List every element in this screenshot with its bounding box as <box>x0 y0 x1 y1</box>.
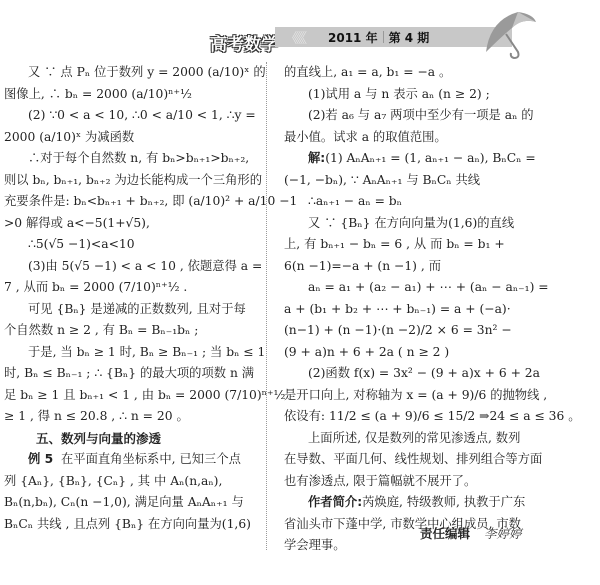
text-line: (3)由 5(√5 −1) < a < 10 , 依题意得 a = <box>4 256 256 278</box>
text-line: 又 ∵ 点 Pₙ 位于数列 y = 2000 (a/10)ˣ 的 <box>4 62 256 84</box>
right-column: 的直线上, a₁ = a, b₁ = −a 。 (1)试用 a 与 n 表示 a… <box>284 62 554 557</box>
text-line: 充要条件是: bₙ<bₙ₊₁ + bₙ₊₂, 即 (a/10)² + a/10 … <box>4 191 256 213</box>
responsible-editor: 责任编辑李婷婷 <box>420 524 522 542</box>
text-line: ∴对于每个自然数 n, 有 bₙ>bₙ₊₁>bₙ₊₂, <box>4 148 256 170</box>
text-line: ∴5(√5 −1)<a<10 <box>4 234 256 256</box>
text-line: 于是, 当 bₙ ≥ 1 时, Bₙ ≥ Bₙ₋₁ ; 当 bₙ ≤ 1 <box>4 342 256 364</box>
text-line: 是开口向上, 对称轴为 x = (a + 9)/6 的抛物线 , <box>284 385 554 407</box>
editor-name: 李婷婷 <box>484 526 522 541</box>
text-line: (2)若 a₆ 与 a₇ 两项中至少有一项是 aₙ 的 <box>284 105 554 127</box>
chevron-decoration-icon: 《《《 <box>285 28 304 48</box>
solution-line: 解:(1) AₙAₙ₊₁ = (1, aₙ₊₁ − aₙ), BₙCₙ = <box>284 148 554 170</box>
text-line: 6(n −1)=−a + (n −1) , 而 <box>284 256 554 278</box>
solution-label: 解: <box>308 151 325 165</box>
text-line: 上, 有 bₙ₊₁ − bₙ = 6 , 从 而 bₙ = b₁ + <box>284 234 554 256</box>
text-line: 的直线上, a₁ = a, b₁ = −a 。 <box>284 62 554 84</box>
text-line: (2) ∵0 < a < 10, ∴0 < a/10 < 1, ∴y = <box>4 105 256 127</box>
issue-info: 2011 年第 4 期 <box>328 29 429 46</box>
text-line: 可见 {Bₙ} 是递减的正数数列, 且对于每 <box>4 299 256 321</box>
author-line: 作者简介:芮焕庭, 特级教师, 执教于广东 <box>284 492 554 514</box>
text-line: 足 bₙ ≥ 1 且 bₙ₊₁ < 1 , 由 bₙ = 2000 (7/10)… <box>4 385 256 407</box>
text-line: 上面所述, 仅是数列的常见渗透点, 数列 <box>284 428 554 450</box>
column-divider <box>266 62 267 550</box>
text-line: 最小值。试求 a 的取值范围。 <box>284 127 554 149</box>
text-line: 又 ∵ {Bₙ} 在方向向量为(1,6)的直线 <box>284 213 554 235</box>
left-column: 又 ∵ 点 Pₙ 位于数列 y = 2000 (a/10)ˣ 的 图像上, ∴ … <box>4 62 256 535</box>
text-line: (−1, −bₙ), ∵ AₙAₙ₊₁ 与 BₙCₙ 共线 <box>284 170 554 192</box>
text-line: aₙ = a₁ + (a₂ − a₁) + ⋯ + (aₙ − aₙ₋₁) = <box>284 277 554 299</box>
umbrella-icon <box>478 8 538 62</box>
text-line: 则以 bₙ, bₙ₊₁, bₙ₊₂ 为边长能构成一个三角形的 <box>4 170 256 192</box>
text-line: Bₙ(n,bₙ), Cₙ(n −1,0), 满足向量 AₙAₙ₊₁ 与 <box>4 492 256 514</box>
text-line: (1)试用 a 与 n 表示 aₙ (n ≥ 2) ; <box>284 84 554 106</box>
issue-number: 第 4 期 <box>389 31 430 45</box>
text-line: ∴aₙ₊₁ − aₙ = bₙ <box>284 191 554 213</box>
text-line: 图像上, ∴ bₙ = 2000 (a/10)ⁿ⁺½ <box>4 84 256 106</box>
text-line: 个自然数 n ≥ 2 , 有 Bₙ = Bₙ₋₁bₙ ; <box>4 320 256 342</box>
text-line: (n−1) + (n −1)·(n −2)/2 × 6 = 3n² − <box>284 320 554 342</box>
example-label: 例 5 <box>28 452 53 466</box>
text-line: 也有渗透点, 限于篇幅就不展开了。 <box>284 471 554 493</box>
text-line: ≥ 1 , 得 n ≤ 20.8 , ∴ n = 20 。 <box>4 406 256 428</box>
example-text: 在平面直角坐标系中, 已知三个点 <box>61 452 241 466</box>
section-heading: 五、数列与向量的渗透 <box>4 428 256 450</box>
text-line: (9 + a)n + 6 + 2a ( n ≥ 2 ) <box>284 342 554 364</box>
editor-label: 责任编辑 <box>420 526 470 541</box>
text-line: 列 {Aₙ}, {Bₙ}, {Cₙ} , 其 中 Aₙ(n,aₙ), <box>4 471 256 493</box>
solution-text: (1) AₙAₙ₊₁ = (1, aₙ₊₁ − aₙ), BₙCₙ = <box>325 151 535 165</box>
issue-separator <box>383 31 384 43</box>
text-line: >0 解得或 a<−5(1+√5), <box>4 213 256 235</box>
text-line: a + (b₁ + b₂ + ⋯ + bₙ₋₁) = a + (−a)· <box>284 299 554 321</box>
text-line: 时, Bₙ ≤ Bₙ₋₁ ; ∴ {Bₙ} 的最大项的项数 n 满 <box>4 363 256 385</box>
journal-title: 高考数学 <box>210 30 278 55</box>
text-line: 7 , 从而 bₙ = 2000 (7/10)ⁿ⁺½ . <box>4 277 256 299</box>
author-text: 芮焕庭, 特级教师, 执教于广东 <box>362 495 525 509</box>
text-line: 在导数、平面几何、线性规划、排列组合等方面 <box>284 449 554 471</box>
text-line: (2)函数 f(x) = 3x² − (9 + a)x + 6 + 2a <box>284 363 554 385</box>
text-line: 2000 (a/10)ˣ 为减函数 <box>4 127 256 149</box>
text-line: 依设有: 11/2 ≤ (a + 9)/6 ≤ 15/2 ⇒24 ≤ a ≤ 3… <box>284 406 554 428</box>
example-line: 例 5 在平面直角坐标系中, 已知三个点 <box>4 449 256 471</box>
author-label: 作者简介: <box>308 495 362 509</box>
issue-year: 2011 年 <box>328 31 378 45</box>
text-line: BₙCₙ 共线 , 且点列 {Bₙ} 在方向向量为(1,6) <box>4 514 256 536</box>
